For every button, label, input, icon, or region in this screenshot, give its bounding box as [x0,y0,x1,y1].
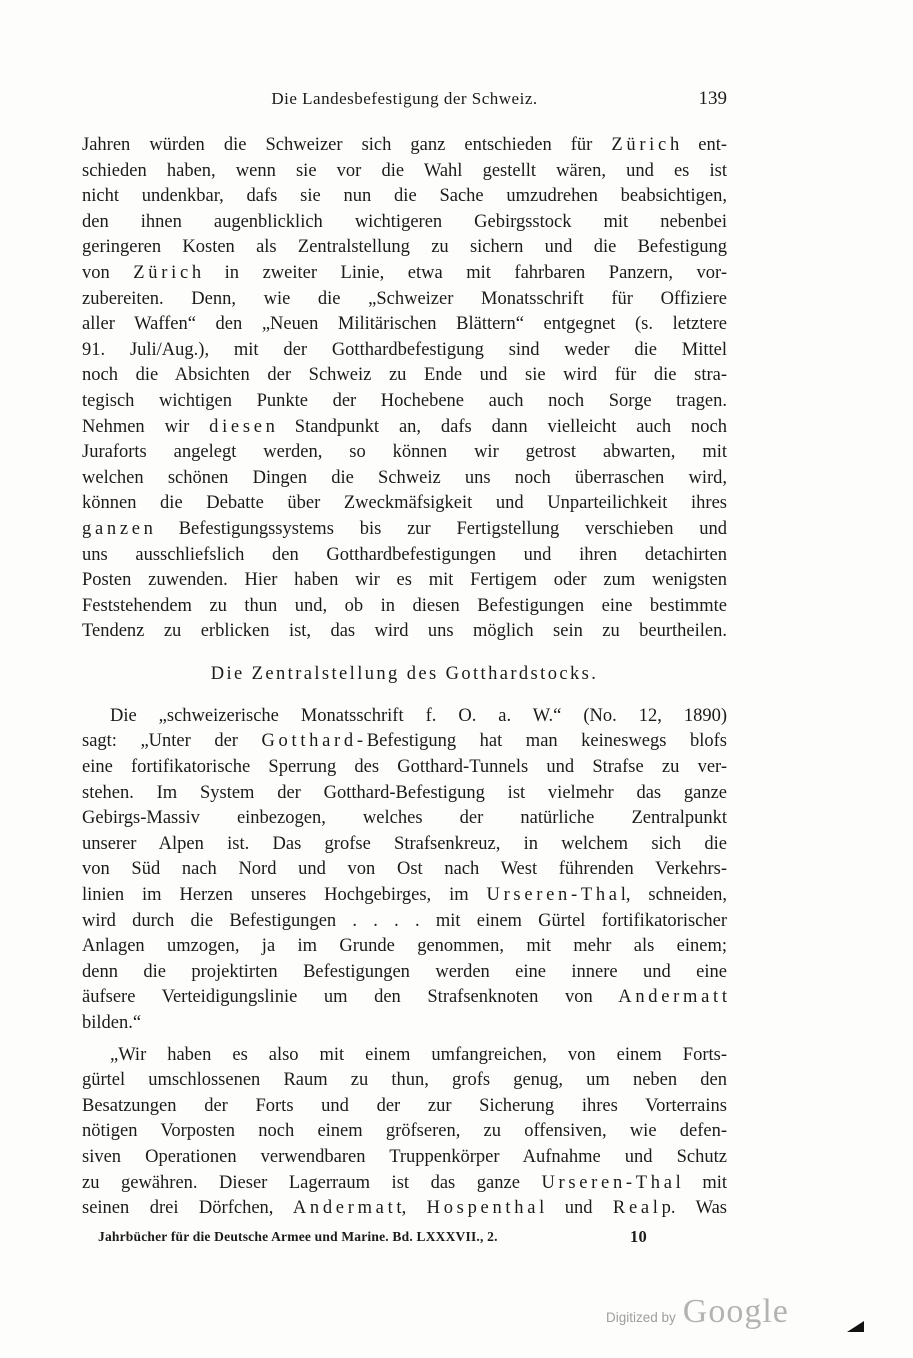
text-line: sagt: „Unter der G o t t h a r d - Befes… [82,729,727,755]
running-header-title: Die Landesbefestigung der Schweiz. [82,86,727,112]
text-line: noch die Absichten der Schweiz zu Ende u… [82,363,727,389]
text-line: Anlagen umzogen, ja im Grunde genommen, … [82,934,727,960]
paragraph: „Wir haben es also mit einem umfangreich… [82,1043,727,1222]
text-line: schieden haben, wenn sie vor die Wahl ge… [82,159,727,185]
text-line: nicht undenkbar, dafs sie nun die Sache … [82,184,727,210]
text-line: aller Waffen“ den „Neuen Militärischen B… [82,312,727,338]
page-number: 139 [699,86,728,112]
text-line: zubereiten. Denn, wie die „Schweizer Mon… [82,287,727,313]
text-line: Gebirgs-Massiv einbezogen, welches der n… [82,806,727,832]
section-heading: Die Zentralstellung des Gotthardstocks. [82,661,727,687]
body-text: Jahren würden die Schweizer sich ganz en… [82,133,727,1222]
text-line: g a n z e n Befestigungssystems bis zur … [82,517,727,543]
paragraph: Jahren würden die Schweizer sich ganz en… [82,133,727,645]
text-line: nötigen Vorposten noch einem gröfseren, … [82,1119,727,1145]
text-line: 91. Juli/Aug.), mit der Gotthardbefestig… [82,338,727,364]
text-line: seinen drei Dörfchen, A n d e r m a t t,… [82,1196,727,1222]
scanned-book-page: Die Landesbefestigung der Schweiz. 139 J… [0,0,913,1358]
scan-artifact-triangle-icon [847,1321,864,1332]
text-line: welchen schönen Dingen die Schweiz uns n… [82,466,727,492]
text-line: siven Operationen verwendbaren Truppenkö… [82,1145,727,1171]
text-line: Die „schweizerische Monatsschrift f. O. … [82,704,727,730]
text-line: eine fortifikatorische Sperrung des Gott… [82,755,727,781]
text-line: Tendenz zu erblicken ist, das wird uns m… [82,619,727,645]
text-line: unserer Alpen ist. Das grofse Strafsenkr… [82,832,727,858]
text-line: Jahren würden die Schweizer sich ganz en… [82,133,727,159]
text-line: bilden.“ [82,1011,727,1037]
text-line: können die Debatte über Zweckmäfsigkeit … [82,491,727,517]
text-line: Juraforts angelegt werden, so können wir… [82,440,727,466]
paragraph: Die „schweizerische Monatsschrift f. O. … [82,704,727,1037]
text-line: Besatzungen der Forts und der zur Sicher… [82,1094,727,1120]
running-header: Die Landesbefestigung der Schweiz. 139 [82,86,727,112]
text-line: den ihnen augenblicklich wichtigeren Geb… [82,210,727,236]
text-line: denn die projektirten Befestigungen werd… [82,960,727,986]
text-line: von Z ü r i c h in zweiter Linie, etwa m… [82,261,727,287]
text-line: geringeren Kosten als Zentralstellung zu… [82,235,727,261]
text-line: stehen. Im System der Gotthard-Befestigu… [82,781,727,807]
footer-imprint: Jahrbücher für die Deutsche Armee und Ma… [98,1229,498,1245]
watermark-prefix-text: Digitized by [606,1310,676,1325]
text-line: „Wir haben es also mit einem umfangreich… [82,1043,727,1069]
text-line: linien im Herzen unseres Hochgebirges, i… [82,883,727,909]
google-logo: Google [683,1293,789,1331]
digitized-by-google-watermark: Digitized by Google [606,1293,789,1331]
text-line: von Süd nach Nord und von Ost nach West … [82,857,727,883]
text-line: Posten zuwenden. Hier haben wir es mit F… [82,568,727,594]
text-line: wird durch die Befestigungen . . . . mit… [82,909,727,935]
text-line: Nehmen wir d i e s e n Standpunkt an, da… [82,415,727,441]
text-line: tegisch wichtigen Punkte der Hochebene a… [82,389,727,415]
text-line: äufsere Verteidigungslinie um den Strafs… [82,985,727,1011]
text-line: zu gewähren. Dieser Lagerraum ist das ga… [82,1171,727,1197]
text-line: gürtel umschlossenen Raum zu thun, grofs… [82,1068,727,1094]
footer-signature-mark: 10 [630,1227,647,1247]
text-line: Feststehendem zu thun und, ob in diesen … [82,594,727,620]
text-line: uns ausschliefslich den Gotthardbefestig… [82,543,727,569]
page-footer: Jahrbücher für die Deutsche Armee und Ma… [82,1229,727,1251]
